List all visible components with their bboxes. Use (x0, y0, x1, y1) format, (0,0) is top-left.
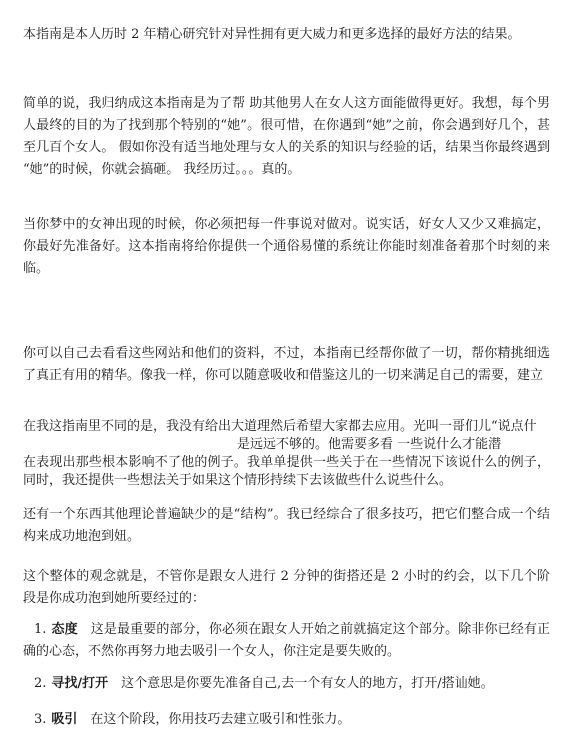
paragraph-dream-girl: 当你梦中的女神出现的时候，你必须把每一件事说对做对。说实话，好女人又少又难搞定，… (23, 214, 550, 280)
list-item-title: 吸引 (51, 712, 77, 727)
paragraph-difference-line-2-indented: 是远远不够的。他需要多看 一些说什么才能潜 (237, 436, 550, 454)
list-item-body: 这是最重要的部分，你必须在跟女人开始之前就搞定这个部分。除非你已经有正确的心态，… (23, 622, 550, 659)
list-item-number: 2. (34, 676, 46, 691)
list-item-find-open: 2.寻找/打开这个意思是你要先准备自己,去一个有女人的地方，打开/搭讪她。 (23, 673, 550, 695)
paragraph-purpose: 简单的说，我归纳成这本指南是为了帮 助其他男人在女人这方面能做得更好。我想，每个… (23, 93, 550, 181)
paragraph-difference-rest: 在表现出那些根本影响不了他的例子。我单单提供一些关于在一些情况下该说什么的例子，… (23, 454, 550, 490)
paragraph-difference: 在我这指南里不同的是，我没有给出大道理然后希望大家都去应用。光叫一哥们儿“说点什… (23, 418, 550, 490)
list-item-title: 寻找/打开 (51, 676, 108, 691)
paragraph-guide-result: 本指南是本人历时 2 年精心研究针对异性拥有更大威力和更多选择的最好方法的结果。 (23, 24, 550, 46)
document-page: 本指南是本人历时 2 年精心研究针对异性拥有更大威力和更多选择的最好方法的结果。… (0, 0, 573, 743)
list-item-title: 态度 (51, 622, 77, 637)
list-item-attitude: 1.态度这是最重要的部分，你必须在跟女人开始之前就搞定这个部分。除非你已经有正确… (23, 619, 550, 663)
list-item-body: 这个意思是你要先准备自己,去一个有女人的地方，打开/搭讪她。 (121, 676, 494, 691)
list-item-body: 在这个阶段，你用技巧去建立吸引和性张力。 (90, 712, 350, 727)
paragraph-structure: 还有一个东西其他理论普遍缺少的是“结构”。我已经综合了很多技巧，把它们整合成一个… (23, 504, 550, 548)
paragraph-websites-essence: 你可以自己去看看这些网站和他们的资料，不过，本指南已经帮你做了一切，帮你精挑细选… (23, 343, 550, 387)
list-item-number: 1. (34, 622, 46, 637)
paragraph-stages-intro: 这个整体的观念就是，不管你是跟女人进行 2 分钟的街搭还是 2 小时的约会，以下… (23, 566, 550, 610)
paragraph-difference-line-1: 在我这指南里不同的是，我没有给出大道理然后希望大家都去应用。光叫一哥们儿“说点什 (23, 418, 550, 436)
list-item-attraction: 3.吸引在这个阶段，你用技巧去建立吸引和性张力。 (23, 709, 550, 731)
list-item-number: 3. (34, 712, 46, 727)
